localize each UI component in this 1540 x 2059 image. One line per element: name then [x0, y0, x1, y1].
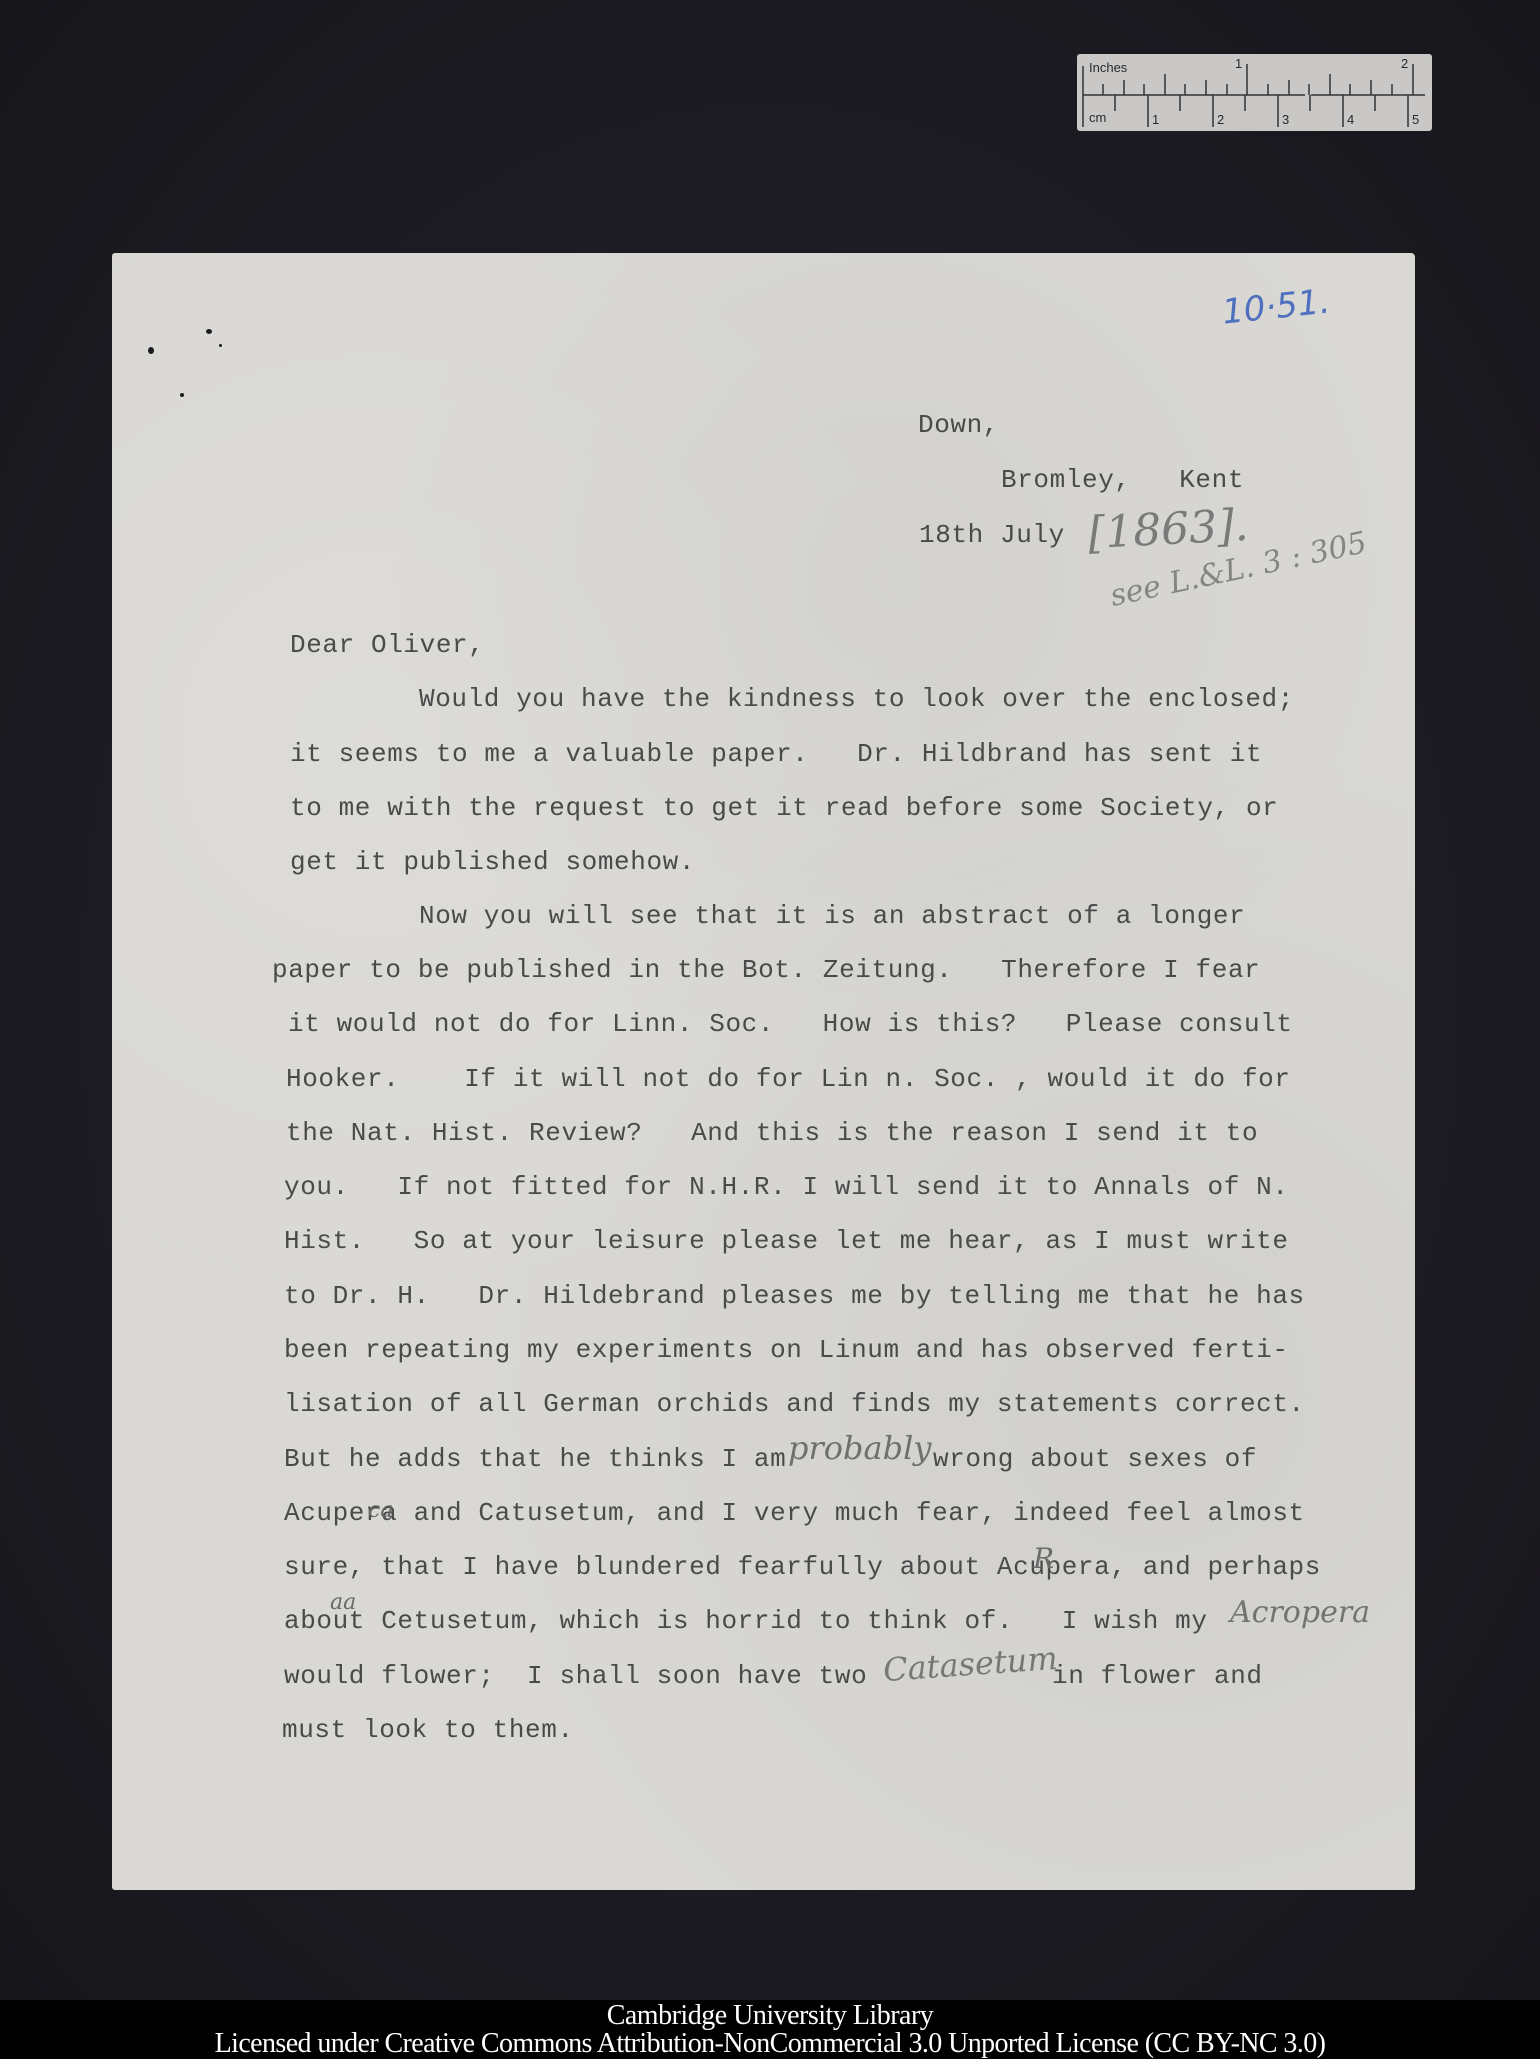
letter-line-11: Hist. So at your leisure please let me h…: [284, 1228, 1289, 1254]
handwritten-correction-aa: aa: [330, 1592, 356, 1614]
letter-line-6: paper to be published in the Bot. Zeitun…: [272, 957, 1260, 983]
letter-line-18: about Cetusetum, which is horrid to thin…: [284, 1608, 1208, 1634]
ruler-ticks-graphic: [1077, 54, 1432, 131]
letter-line-12: to Dr. H. Dr. Hildebrand pleases me by t…: [284, 1283, 1305, 1309]
ruler-cm-tick-5: 5: [1412, 112, 1419, 127]
ruler-cm-tick-3: 3: [1282, 112, 1289, 127]
folio-number-annotation: 10·51.: [1221, 284, 1332, 329]
address-line-1: Down,: [918, 412, 999, 438]
letter-line-19b: in flower and: [1052, 1663, 1263, 1689]
ruler-inch-tick-2: 2: [1401, 56, 1408, 71]
letter-line-10: you. If not fitted for N.H.R. I will sen…: [284, 1174, 1289, 1200]
license-footer: Cambridge University Library Licensed un…: [0, 2000, 1540, 2059]
letter-line-2: it seems to me a valuable paper. Dr. Hil…: [290, 741, 1262, 767]
ruler-cm-tick-2: 2: [1217, 112, 1224, 127]
scale-ruler: Inches 1 2 cm 1 2 3 4 5: [1077, 54, 1432, 131]
paper-blemish: [180, 393, 184, 397]
letter-line-19a: would flower; I shall soon have two: [284, 1663, 867, 1689]
footer-license: Licensed under Creative Commons Attribut…: [0, 2030, 1540, 2058]
letter-line-7: it would not do for Linn. Soc. How is th…: [288, 1011, 1293, 1037]
letter-date: 18th July: [919, 522, 1065, 548]
ruler-cm-label: cm: [1089, 110, 1106, 125]
letter-line-15b: wrong about sexes of: [933, 1446, 1257, 1472]
letter-line-16: Acupera and Catusetum, and I very much f…: [284, 1500, 1305, 1526]
paper-blemish: [148, 347, 154, 354]
footer-institution: Cambridge University Library: [0, 2000, 1540, 2030]
paper-blemish: [206, 329, 212, 334]
address-line-2: Bromley, Kent: [1001, 467, 1244, 493]
letter-line-15a: But he adds that he thinks I am: [284, 1446, 786, 1472]
letter-line-17: sure, that I have blundered fearfully ab…: [284, 1554, 1321, 1580]
letter-line-13: been repeating my experiments on Linum a…: [284, 1337, 1289, 1363]
letter-line-4: get it published somehow.: [290, 849, 695, 875]
handwritten-acropera: Acropera: [1230, 1598, 1370, 1628]
ruler-inches-label: Inches: [1089, 60, 1127, 75]
letter-line-1: Would you have the kindness to look over…: [419, 686, 1294, 712]
paper-blemish: [219, 344, 222, 347]
salutation: Dear Oliver,: [290, 632, 484, 658]
letter-line-14: lisation of all German orchids and finds…: [284, 1391, 1305, 1417]
letter-line-20: must look to them.: [282, 1717, 574, 1743]
ruler-cm-tick-1: 1: [1152, 112, 1159, 127]
handwritten-correction-r: R: [1033, 1545, 1054, 1573]
date-bracket-annotation: [1863].: [1087, 504, 1249, 556]
letter-line-8: Hooker. If it will not do for Lin n. Soc…: [286, 1066, 1291, 1092]
letter-line-5: Now you will see that it is an abstract …: [419, 903, 1245, 929]
ruler-cm-tick-4: 4: [1347, 112, 1354, 127]
ruler-inch-tick-1: 1: [1235, 56, 1242, 71]
handwritten-probably: probably: [788, 1432, 931, 1464]
handwritten-correction-ca: ca: [368, 1500, 393, 1522]
letter-line-3: to me with the request to get it read be…: [290, 795, 1278, 821]
letter-line-9: the Nat. Hist. Review? And this is the r…: [286, 1120, 1258, 1146]
